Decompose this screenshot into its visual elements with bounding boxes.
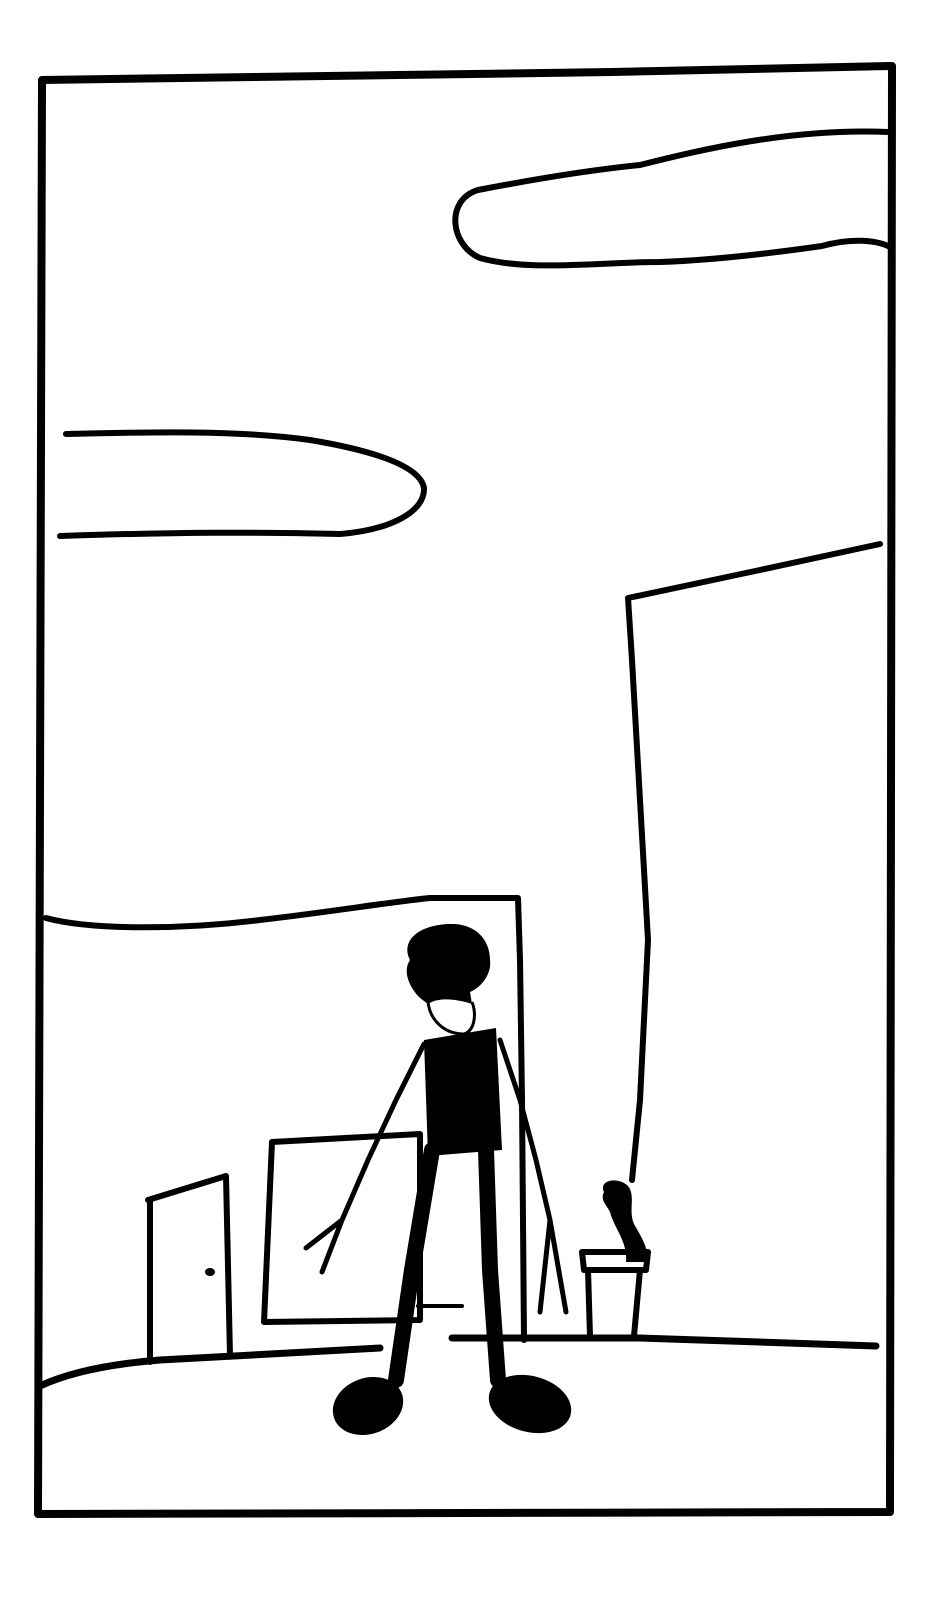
small-door (148, 1176, 230, 1362)
figure-left-leg (396, 1150, 432, 1380)
stick-figure (306, 924, 578, 1445)
cloud-upper-right (455, 132, 888, 266)
figure-face (428, 1002, 474, 1034)
figure-right-arm (500, 1040, 566, 1312)
tall-building (628, 544, 880, 1180)
figure-torso (424, 1028, 502, 1156)
figure-hair (407, 924, 490, 1004)
whiteboard (264, 1134, 420, 1322)
figure-right-leg (486, 1150, 498, 1380)
potted-plant (582, 1252, 648, 1336)
cloud-left (60, 432, 424, 536)
door-knob (205, 1268, 215, 1276)
floor (40, 1338, 876, 1386)
comic-panel (0, 0, 940, 1599)
panel-border (38, 66, 892, 1514)
figure-left-arm (306, 1044, 424, 1272)
